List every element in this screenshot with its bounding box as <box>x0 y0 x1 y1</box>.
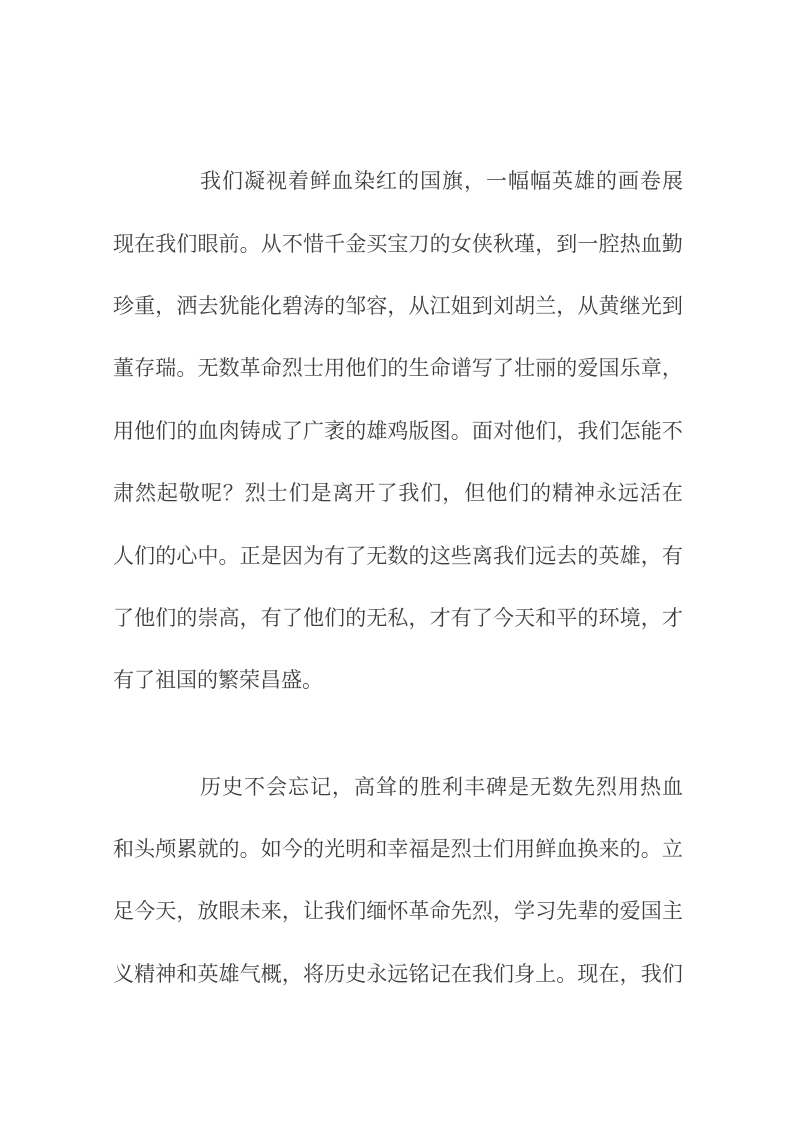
essay-text: 我们凝视着鲜血染红的国旗，一幅幅英雄的画卷展现在我们眼前。从不惜千金买宝刀的女侠… <box>113 149 683 1004</box>
text-line: 我们凝视着鲜血染红的国旗，一幅幅英雄的画卷展 <box>113 149 683 211</box>
text-line: 历史不会忘记，高耸的胜利丰碑是无数先烈用热血 <box>113 755 683 817</box>
text-line: 足今天，放眼未来，让我们缅怀革命先烈，学习先辈的爱国主 <box>113 879 683 941</box>
text-line: 和头颅累就的。如今的光明和幸福是烈士们用鲜血换来的。立 <box>113 817 683 879</box>
document-page: 我们凝视着鲜血染红的国旗，一幅幅英雄的画卷展现在我们眼前。从不惜千金买宝刀的女侠… <box>0 0 793 1122</box>
text-line: 肃然起敬呢？烈士们是离开了我们，但他们的精神永远活在 <box>113 461 683 523</box>
text-line: 董存瑞。无数革命烈士用他们的生命谱写了壮丽的爱国乐章， <box>113 336 683 398</box>
text-line: 义精神和英雄气概，将历史永远铭记在我们身上。现在，我们 <box>113 942 683 1004</box>
text-line: 现在我们眼前。从不惜千金买宝刀的女侠秋瑾，到一腔热血勤 <box>113 211 683 273</box>
text-line: 珍重，洒去犹能化碧涛的邹容，从江姐到刘胡兰，从黄继光到 <box>113 274 683 336</box>
text-line: 有了祖国的繁荣昌盛。 <box>113 648 683 710</box>
paragraph: 历史不会忘记，高耸的胜利丰碑是无数先烈用热血和头颅累就的。如今的光明和幸福是烈士… <box>113 755 683 1005</box>
text-line: 了他们的崇高，有了他们的无私，才有了今天和平的环境，才 <box>113 586 683 648</box>
text-line: 人们的心中。正是因为有了无数的这些离我们远去的英雄，有 <box>113 523 683 585</box>
paragraph: 我们凝视着鲜血染红的国旗，一幅幅英雄的画卷展现在我们眼前。从不惜千金买宝刀的女侠… <box>113 149 683 711</box>
text-line: 用他们的血肉铸成了广袤的雄鸡版图。面对他们，我们怎能不 <box>113 399 683 461</box>
